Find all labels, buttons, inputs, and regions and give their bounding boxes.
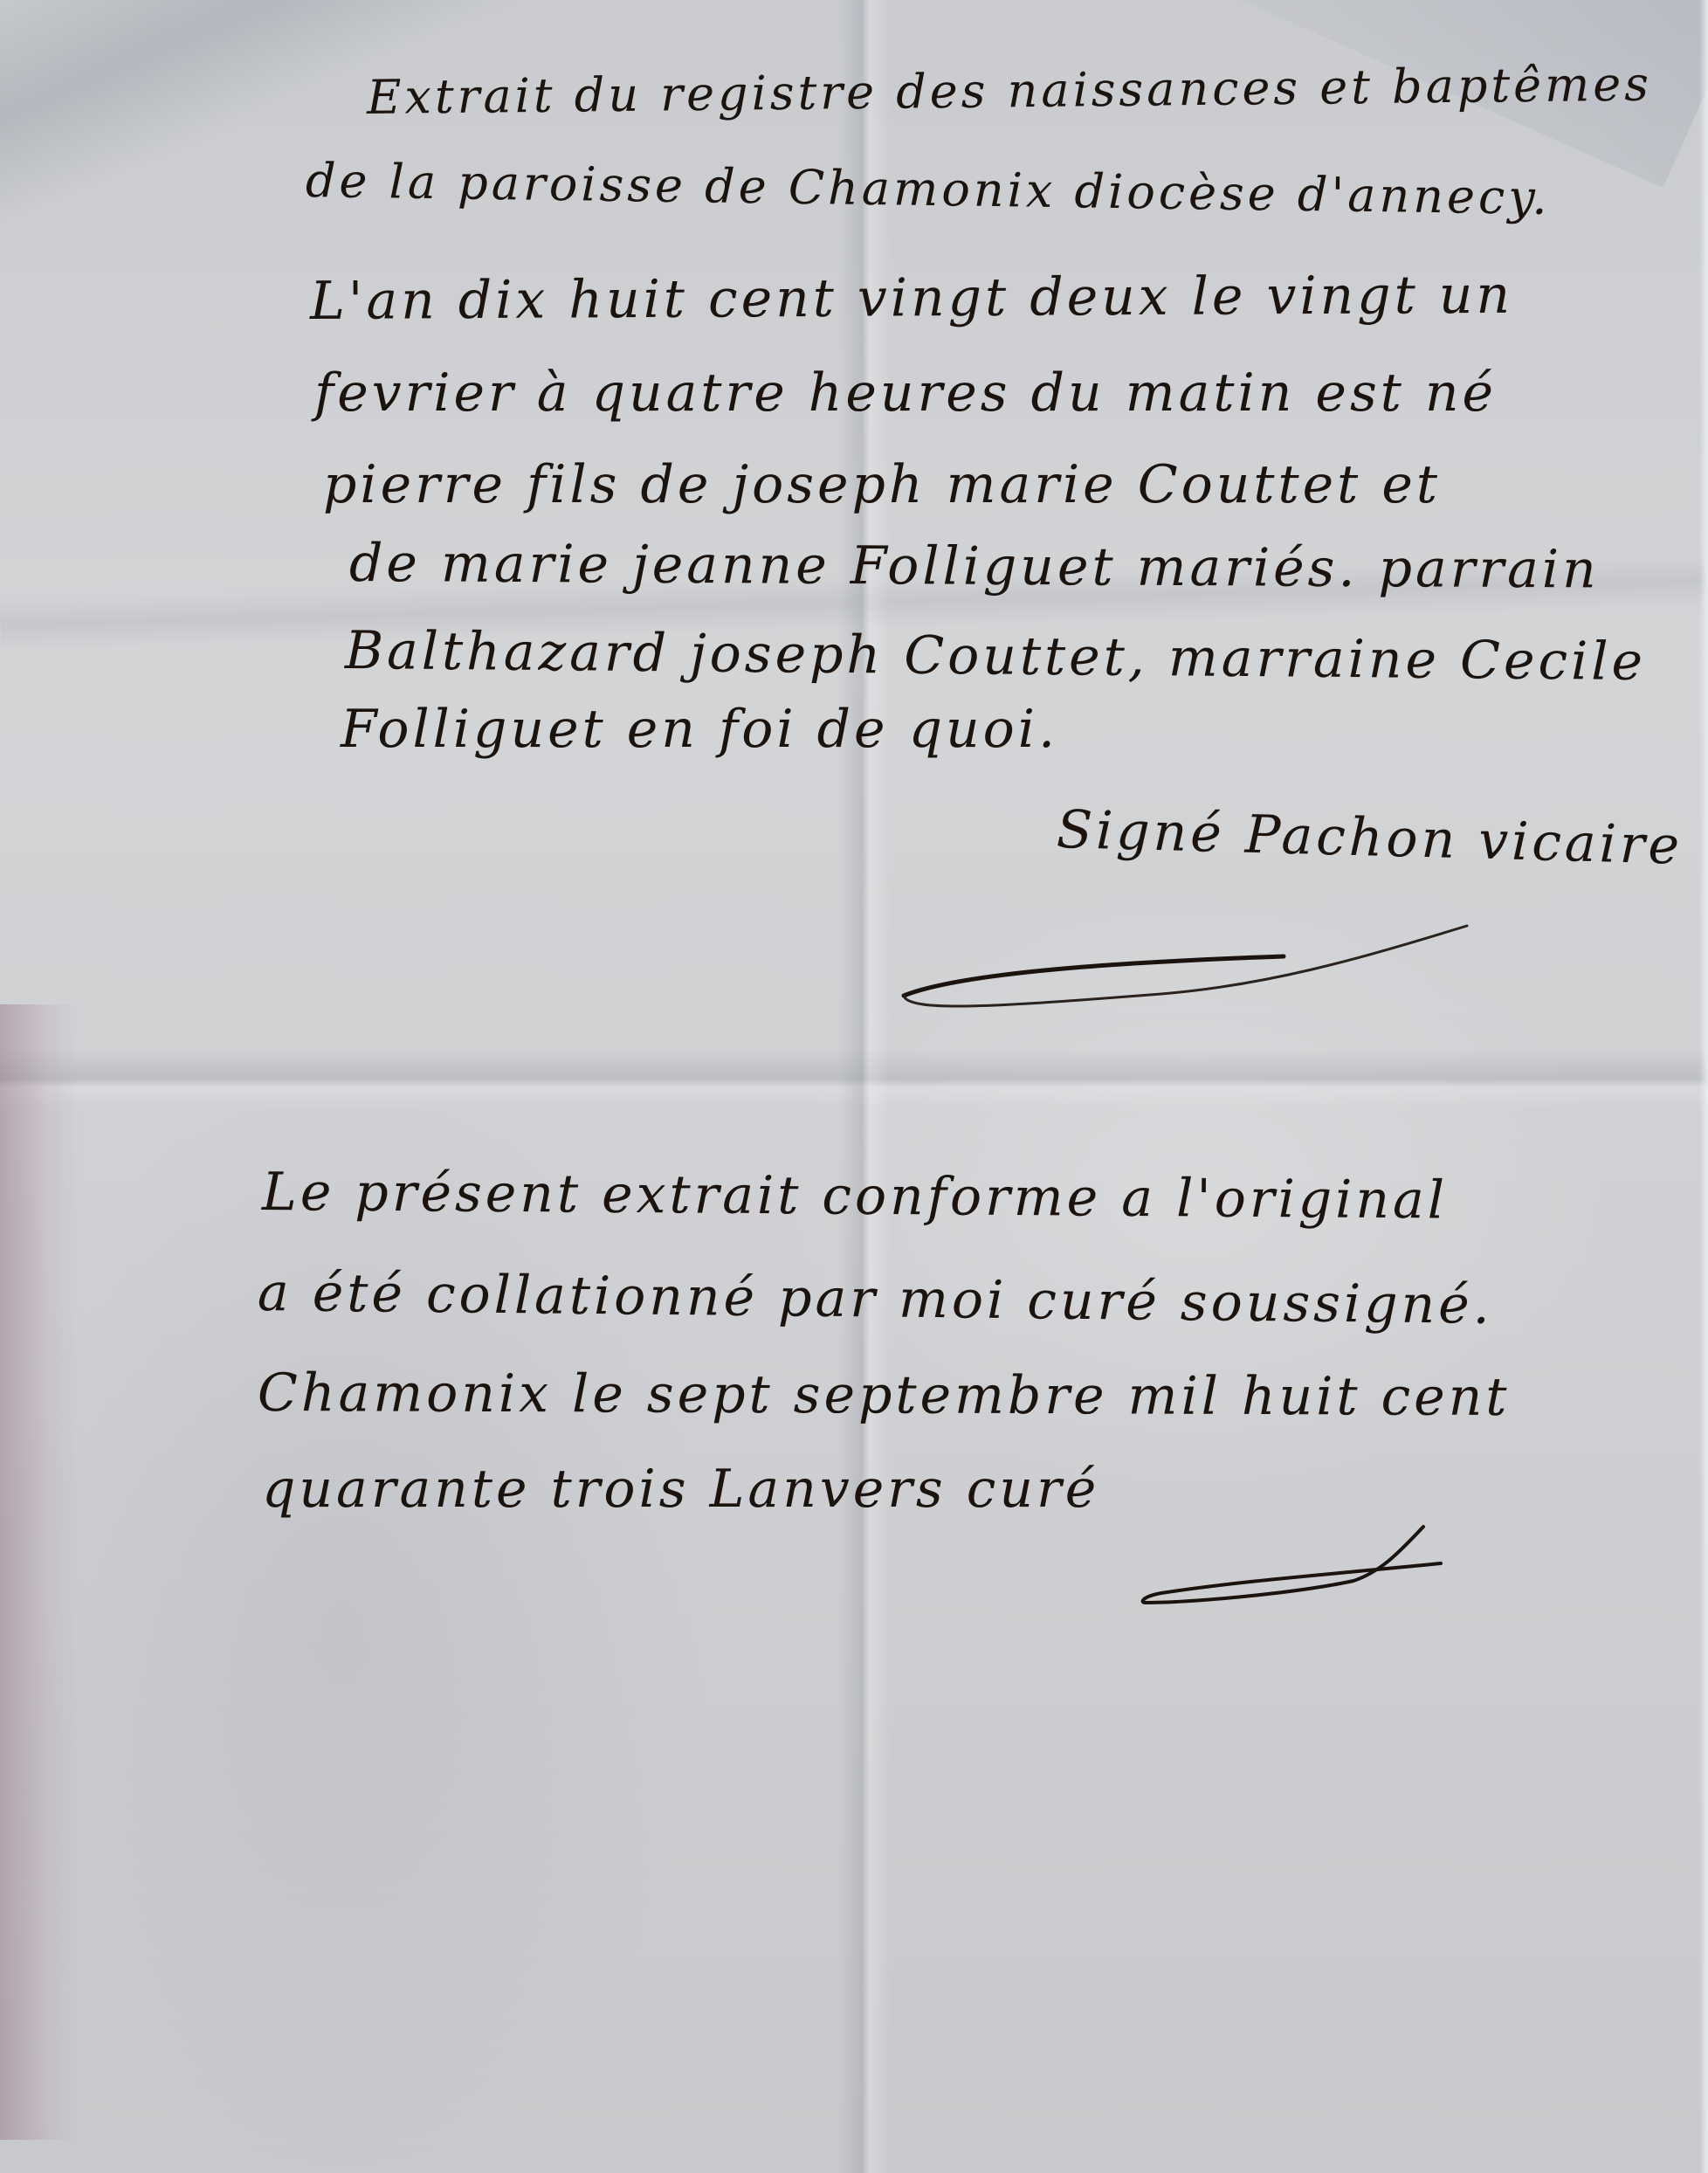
cert-line-4: quarante trois Lanvers curé	[262, 1459, 1099, 1520]
paper-shadow	[0, 0, 623, 272]
header-line-2: de la paroisse de Chamonix diocèse d'ann…	[306, 153, 1552, 225]
act-line-6: Folliguet en foi de quoi.	[341, 699, 1058, 760]
act-line-3: pierre fils de joseph marie Couttet et	[323, 454, 1441, 515]
edge-stain	[0, 1004, 79, 2140]
signature-flourish	[899, 908, 1511, 1022]
document-sheet: Extrait du registre des naissances et ba…	[0, 0, 1708, 2173]
act-line-4: de marie jeanne Folliguet mariés. parrai…	[349, 533, 1600, 600]
act-line-1: L'an dix huit cent vingt deux le vingt u…	[310, 265, 1513, 332]
cert-line-3: Chamonix le sept septembre mil huit cent	[258, 1362, 1511, 1428]
cert-line-2: a été collationné par moi curé soussigné…	[258, 1262, 1494, 1336]
cert-line-1: Le présent extrait conforme a l'original	[262, 1162, 1448, 1231]
paper-edge	[1699, 0, 1708, 2173]
act-line-5: Balthazard joseph Couttet, marraine Ceci…	[345, 620, 1647, 693]
curate-signature-flourish	[1135, 1520, 1450, 1616]
vicar-signature: Signé Pachon vicaire	[1056, 799, 1684, 877]
header-line-1: Extrait du registre des naissances et ba…	[367, 57, 1653, 125]
act-line-2: fevrier à quatre heures du matin est né	[314, 362, 1497, 424]
